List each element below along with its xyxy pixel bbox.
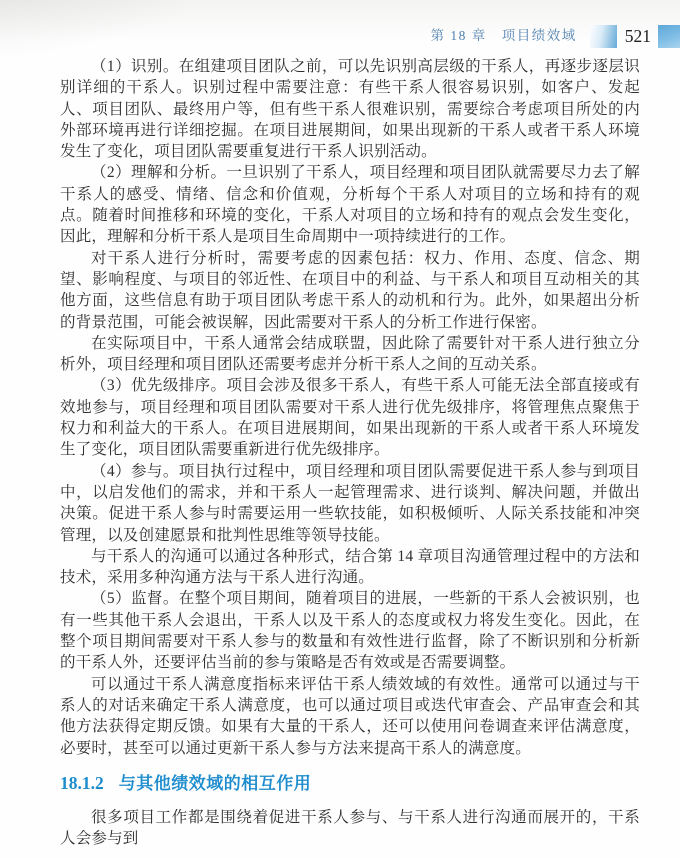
body-paragraph: 在实际项目中，干系人通常会结成联盟，因此除了需要针对干系人进行独立分析外，项目经… [60,333,640,376]
body-paragraph: （2）理解和分析。一旦识别了干系人，项目经理和项目团队就需要尽力去了解干系人的感… [60,162,640,247]
body-paragraph: 很多项目工作都是围绕着促进干系人参与、与干系人进行沟通而展开的，干系人会参与到 [60,807,640,850]
running-head: 第 18 章 项目绩效域 521 [431,24,680,48]
section-title: 与其他绩效域的相互作用 [119,769,312,794]
body-paragraph: 与干系人的沟通可以通过各种形式，结合第 14 章项目沟通管理过程中的方法和技术，… [60,546,640,589]
header-edge-square [658,25,680,48]
body-paragraph: 对干系人进行分析时，需要考虑的因素包括：权力、作用、态度、信念、期望、影响程度、… [60,248,640,333]
page-number: 521 [625,24,651,48]
header-gradient-square [590,25,617,48]
chapter-title: 第 18 章 项目绩效域 [431,24,577,48]
book-page: 第 18 章 项目绩效域 521 （1）识别。在组建项目团队之前，可以先识别高层… [0,0,680,858]
page-body: （1）识别。在组建项目团队之前，可以先识别高层级的干系人，再逐步逐层识别详细的干… [60,56,640,849]
body-paragraph: （5）监督。在整个项目期间，随着项目的进展，一些新的干系人会被识别，也有一些其他… [60,588,640,673]
body-paragraph: 可以通过干系人满意度指标来评估干系人绩效域的有效性。通常可以通过与干系人的对话来… [60,674,640,759]
section-number: 18.1.2 [60,773,104,794]
body-paragraph: （3）优先级排序。项目会涉及很多干系人，有些干系人可能无法全部直接或有效地参与，… [60,375,640,460]
body-paragraph: （4）参与。项目执行过程中，项目经理和项目团队需要促进干系人参与到项目中，以启发… [60,461,640,546]
section-heading: 18.1.2 与其他绩效域的相互作用 [60,769,640,794]
body-paragraph: （1）识别。在组建项目团队之前，可以先识别高层级的干系人，再逐步逐层识别详细的干… [60,56,640,162]
